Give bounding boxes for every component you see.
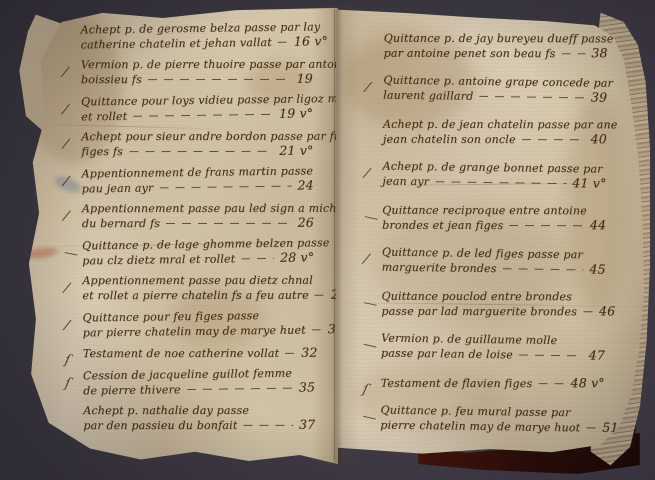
folio-number: 46 xyxy=(599,304,615,318)
folio-number: 38 xyxy=(591,46,607,60)
margin-mark: ſ xyxy=(63,353,71,368)
dash-leader xyxy=(187,387,293,390)
dash-leader xyxy=(435,181,566,184)
entry-line2: catherine chatelin et jehan vallat xyxy=(81,36,272,53)
dash-leader xyxy=(243,425,293,427)
folio-number: 41 v° xyxy=(572,176,606,190)
register-entry: / Appentionnement passe pau dietz chnal … xyxy=(66,274,314,303)
register-entry: / Appentionnement passe pau led sign a m… xyxy=(66,202,314,231)
register-entry: / Quittance pour feu figes passe par pie… xyxy=(66,308,314,340)
margin-mark: / xyxy=(62,102,70,117)
register-entry: / Appentionnement de frans martin passe … xyxy=(65,164,313,196)
margin-mark: — xyxy=(361,409,378,426)
folio-number: 19 xyxy=(297,72,313,86)
entry-line2: laurent gaillard xyxy=(383,89,473,104)
margin-mark: — xyxy=(362,295,379,312)
register-entry: ſ Testament de noe catherine vollat32 xyxy=(67,346,315,361)
entry-line1: Quittance p. de led figes passe par xyxy=(382,246,583,263)
margin-mark: / xyxy=(62,137,70,152)
entry-line1: Quittance pour feu figes passe xyxy=(82,309,259,325)
register-entry: / Quittance pour loys vidieu passe par l… xyxy=(65,92,313,124)
manuscript-photo: Achept p. de gerosme belza passe par lay… xyxy=(0,0,655,480)
entry-line2: par den passieu du bonfait xyxy=(83,419,237,433)
stain xyxy=(25,246,58,260)
dash-leader xyxy=(561,53,585,55)
dash-leader xyxy=(129,151,273,153)
dash-leader xyxy=(509,225,584,227)
entry-line1: Quittance p. de jay bureyeu dueff passe xyxy=(384,32,614,47)
register-entry: Achept p. de jean chatelin passe par ane… xyxy=(367,118,607,148)
entry-line2: pau clz dietz mral et rollet xyxy=(82,252,235,268)
folio-number: 28 v° xyxy=(280,250,314,264)
margin-mark: / xyxy=(62,65,70,80)
dash-leader xyxy=(312,329,322,331)
folio-number: 40 xyxy=(591,132,607,146)
dash-leader xyxy=(522,139,585,141)
margin-mark: / xyxy=(364,80,372,95)
register-entry: Achept p. de gerosme belza passe par lay… xyxy=(64,20,312,52)
folio-number: 45 xyxy=(589,262,606,276)
entry-line1: Cession de jacqueline guillot femme xyxy=(83,367,292,384)
register-entry: / Achept pour sieur andre bordon passe p… xyxy=(65,130,313,159)
folio-number: 19 v° xyxy=(279,106,313,120)
dash-leader xyxy=(479,96,585,99)
entry-line2: et rollet a pierre chatelin fs a feu aut… xyxy=(82,289,308,303)
entry-line1: Testament de noe catherine vollat xyxy=(83,347,279,361)
entry-line2: du bernard fs xyxy=(82,217,160,231)
margin-mark: / xyxy=(63,281,71,296)
entry-line1: Testament de flavien figes xyxy=(381,377,533,391)
margin-mark: / xyxy=(363,166,371,181)
margin-mark: / xyxy=(62,174,70,189)
entry-line1: Appentionnement passe pau dietz chnal xyxy=(82,274,312,288)
register-entry: / Achept p. de grange bonnet passe par j… xyxy=(366,159,606,191)
dash-leader xyxy=(159,185,291,188)
margin-mark: ſ xyxy=(64,376,72,391)
entry-line2: jean ayr xyxy=(382,175,429,190)
right-page: Quittance p. de jay bureyeu dueff passe … xyxy=(336,4,644,468)
folio-number: 39 xyxy=(591,90,608,104)
entry-line1: Achept p. nathalie day passe xyxy=(83,404,249,418)
register-entry: Achept p. nathalie day passe par den pas… xyxy=(67,404,315,433)
entry-line1: Quittance p. feu mural passe par xyxy=(380,404,570,421)
register-entry: — Vermion p. de guillaume molle passe pa… xyxy=(365,331,605,363)
entry-line1: Vermion p. de guillaume molle xyxy=(381,332,557,348)
folio-number: 37 xyxy=(299,418,315,432)
entry-line2: par antoine penet son beau fs xyxy=(384,47,556,61)
dash-leader xyxy=(315,294,325,296)
dash-leader xyxy=(133,114,273,117)
dash-leader xyxy=(278,41,288,43)
entry-line2: passe par lean de loise xyxy=(381,347,513,363)
entry-line2: marguerite brondes xyxy=(382,261,497,277)
dash-leader xyxy=(503,268,584,271)
entry-line2: pierre chatelin may de marye huot xyxy=(380,419,580,436)
dash-leader xyxy=(538,383,564,385)
entry-line2: par pierre chatelin may de marye huet xyxy=(83,323,306,340)
right-page-text: Quittance p. de jay bureyeu dueff passe … xyxy=(364,31,608,449)
register-entry: — Quittance p. feu mural passe par pierr… xyxy=(364,403,604,435)
margin-mark: ſ xyxy=(361,382,369,397)
left-page: Achept p. de gerosme belza passe par lay… xyxy=(20,6,338,466)
entry-line2: boissieu fs xyxy=(81,73,142,87)
register-entry: ſ Testament de flavien figes48 v° xyxy=(365,376,605,392)
entry-line2: passe par lad marguerite brondes xyxy=(381,305,577,320)
folio-number: 21 v° xyxy=(279,144,313,158)
left-page-text: Achept p. de gerosme belza passe par lay… xyxy=(65,21,316,441)
entry-line2: jean chatelin son oncle xyxy=(383,133,516,147)
register-entry: ſ Cession de jacqueline guillot femme de… xyxy=(67,366,315,398)
folio-number: 47 xyxy=(589,348,606,362)
gutter-fold-line xyxy=(334,10,335,460)
entry-line1: Achept p. de jean chatelin passe par ane xyxy=(383,118,618,133)
entry-line2: et rollet xyxy=(81,110,127,125)
margin-mark: — xyxy=(362,337,379,354)
entry-line2: pau jean ayr xyxy=(82,181,154,196)
entry-line2: de pierre thivere xyxy=(83,383,181,398)
folio-number: 32 xyxy=(301,346,317,360)
entry-line1: Achept pour sieur andre bordon passe par… xyxy=(81,130,359,144)
register-entry: — Quittance pouclod entre brondes passe … xyxy=(365,290,605,320)
margin-mark: — xyxy=(363,209,380,226)
dash-leader xyxy=(148,79,291,81)
dash-leader xyxy=(519,354,583,356)
register-entry: / Quittance p. de led figes passe par ma… xyxy=(366,245,606,277)
entry-line1: Quittance pour loys vidieu passe par lig… xyxy=(81,92,354,110)
dash-leader xyxy=(241,258,274,260)
folio-number: 44 xyxy=(590,218,606,232)
folio-number: 16 v° xyxy=(294,34,328,48)
dash-leader xyxy=(586,427,596,429)
folio-number: 24 xyxy=(297,178,313,192)
entry-line1: Quittance pouclod entre brondes xyxy=(381,290,572,304)
margin-mark: / xyxy=(63,318,71,333)
dash-leader xyxy=(583,311,593,313)
register-entry: / Vermion p. de pierre thuoire passe par… xyxy=(65,58,313,87)
folio-number: 26 xyxy=(298,216,314,230)
register-entry: / Quittance p. antoine grape concede par… xyxy=(367,73,607,105)
folio-number: 35 xyxy=(299,380,315,394)
dash-leader xyxy=(166,223,292,225)
margin-mark: / xyxy=(362,252,370,267)
entry-line2: brondes et jean figes xyxy=(382,219,503,233)
register-entry: — Quittance reciproque entre antoine bro… xyxy=(366,204,606,234)
folio-number: 48 v° xyxy=(571,376,605,390)
entry-line1: Quittance reciproque entre antoine xyxy=(382,204,587,219)
dash-leader xyxy=(285,353,295,355)
register-entry: Quittance p. de jay bureyeu dueff passe … xyxy=(368,32,608,62)
register-entry: — Quittance p. de lage ghomme belzen pas… xyxy=(66,236,314,268)
margin-mark: / xyxy=(63,209,71,224)
margin-mark: — xyxy=(63,245,80,262)
entry-line2: figes fs xyxy=(81,145,123,159)
